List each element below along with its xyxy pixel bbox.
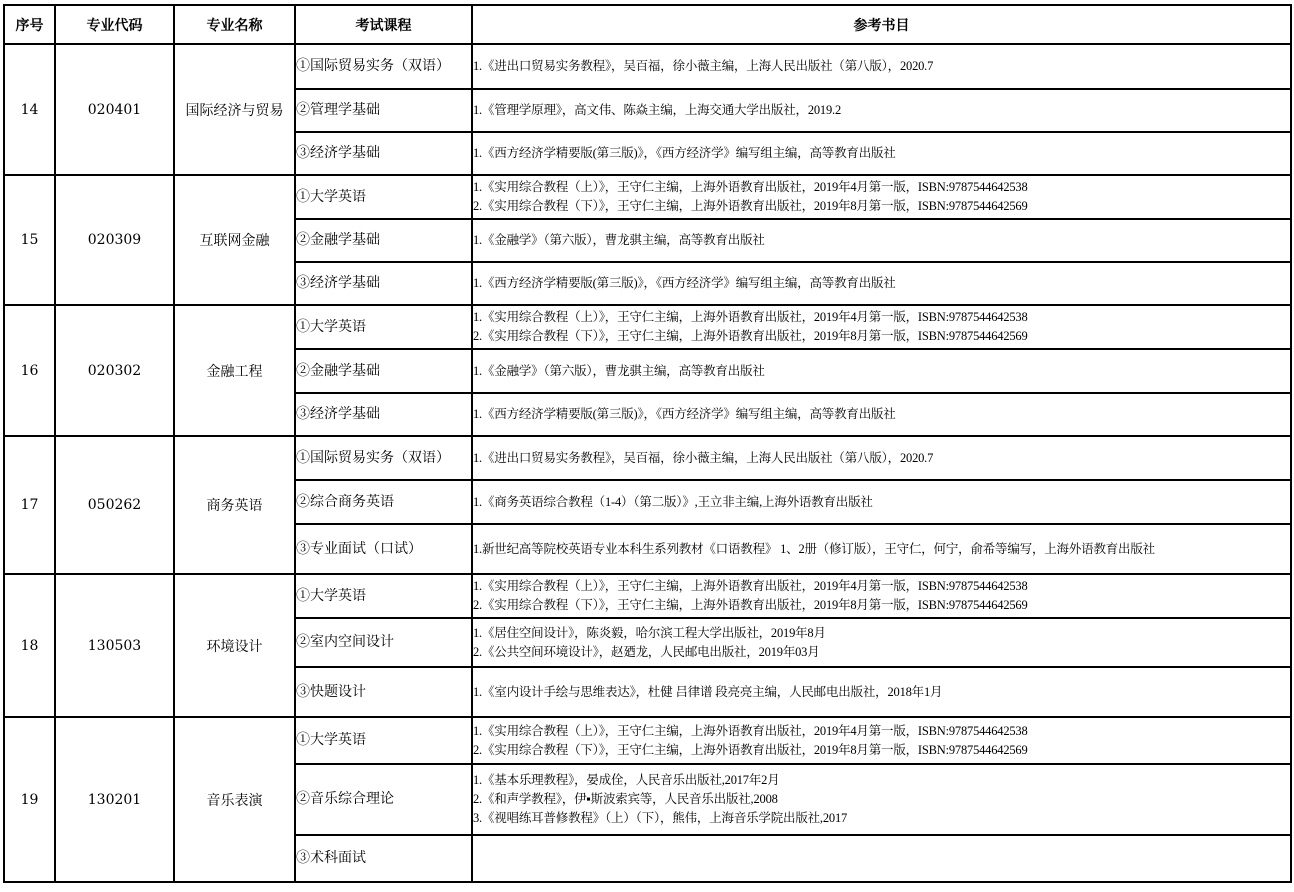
- books-cell: 1.新世纪高等院校英语专业本科生系列教材《口语教程》 1、2册（修订版），王守仁…: [472, 524, 1291, 574]
- books-cell: 1.《商务英语综合教程（1-4）（第二版）》,王立非主编,上海外语教育出版社: [472, 480, 1291, 524]
- course-cell: ①大学英语: [295, 717, 472, 764]
- book-line: 1.《西方经济学精要版(第三版)》，《西方经济学》编写组主编，高等教育出版社: [473, 405, 1290, 424]
- course-cell: ①国际贸易实务（双语）: [295, 44, 472, 89]
- seq-cell: 16: [4, 305, 55, 436]
- books-cell: 1.《金融学》（第六版），曹龙骐主编，高等教育出版社: [472, 219, 1291, 262]
- header-row: 序号 专业代码 专业名称 考试课程 参考书目: [4, 5, 1291, 44]
- book-line: 1.《进出口贸易实务教程》，吴百福，徐小薇主编，上海人民出版社（第八版），202…: [473, 57, 1290, 76]
- course-cell: ③经济学基础: [295, 262, 472, 305]
- major-code-cell: 020401: [55, 44, 174, 175]
- course-cell: ③术科面试: [295, 835, 472, 882]
- book-line: 1.《金融学》（第六版），曹龙骐主编，高等教育出版社: [473, 362, 1290, 381]
- major-name-cell: 金融工程: [174, 305, 295, 436]
- major-name-cell: 商务英语: [174, 436, 295, 574]
- seq-cell: 15: [4, 175, 55, 305]
- books-cell: 1.《西方经济学精要版(第三版)》，《西方经济学》编写组主编，高等教育出版社: [472, 262, 1291, 305]
- course-cell: ①大学英语: [295, 175, 472, 219]
- book-line: 2.《实用综合教程（下）》，王守仁主编，上海外语教育出版社，2019年8月第一版…: [473, 741, 1290, 760]
- reference-books-table: 序号 专业代码 专业名称 考试课程 参考书目 14 020401 国际经济与贸易…: [3, 4, 1292, 883]
- book-line: 1.《进出口贸易实务教程》，吴百福，徐小薇主编，上海人民出版社（第八版），202…: [473, 449, 1290, 468]
- major-name-cell: 音乐表演: [174, 717, 295, 882]
- table-row: 14 020401 国际经济与贸易 ①国际贸易实务（双语） 1.《进出口贸易实务…: [4, 44, 1291, 89]
- seq-cell: 17: [4, 436, 55, 574]
- book-line: 1.《金融学》（第六版），曹龙骐主编，高等教育出版社: [473, 231, 1290, 250]
- book-line: 1.《室内设计手绘与思维表达》，杜健 吕律谱 段亮亮主编，人民邮电出版社，201…: [473, 683, 1290, 702]
- books-cell: 1.《基本乐理教程》，晏成佺，人民音乐出版社,2017年2月 2.《和声学教程》…: [472, 764, 1291, 835]
- book-line: 2.《实用综合教程（下）》，王守仁主编，上海外语教育出版社，2019年8月第一版…: [473, 197, 1290, 216]
- course-cell: ③专业面试（口试）: [295, 524, 472, 574]
- seq-cell: 18: [4, 574, 55, 717]
- books-cell: [472, 835, 1291, 882]
- major-name-cell: 互联网金融: [174, 175, 295, 305]
- header-reference-books: 参考书目: [472, 5, 1291, 44]
- table-row: 17 050262 商务英语 ①国际贸易实务（双语） 1.《进出口贸易实务教程》…: [4, 436, 1291, 480]
- header-exam-course: 考试课程: [295, 5, 472, 44]
- major-code-cell: 020309: [55, 175, 174, 305]
- books-cell: 1.《实用综合教程（上）》，王守仁主编，上海外语教育出版社，2019年4月第一版…: [472, 175, 1291, 219]
- course-cell: ②综合商务英语: [295, 480, 472, 524]
- book-line: 1.《管理学原理》，高文伟、陈焱主编，上海交通大学出版社，2019.2: [473, 101, 1290, 120]
- major-code-cell: 130503: [55, 574, 174, 717]
- course-cell: ②金融学基础: [295, 349, 472, 393]
- seq-cell: 14: [4, 44, 55, 175]
- course-cell: ②金融学基础: [295, 219, 472, 262]
- book-line: 1.《居住空间设计》，陈炎毅，哈尔滨工程大学出版社，2019年8月: [473, 624, 1290, 643]
- books-cell: 1.《管理学原理》，高文伟、陈焱主编，上海交通大学出版社，2019.2: [472, 89, 1291, 132]
- course-cell: ②室内空间设计: [295, 618, 472, 667]
- book-line: 1.《实用综合教程（上）》，王守仁主编，上海外语教育出版社，2019年4月第一版…: [473, 308, 1290, 327]
- course-cell: ③快题设计: [295, 667, 472, 717]
- book-line: 1.《基本乐理教程》，晏成佺，人民音乐出版社,2017年2月: [473, 771, 1290, 790]
- books-cell: 1.《实用综合教程（上）》，王守仁主编，上海外语教育出版社，2019年4月第一版…: [472, 574, 1291, 618]
- book-line: 1.《实用综合教程（上）》，王守仁主编，上海外语教育出版社，2019年4月第一版…: [473, 722, 1290, 741]
- books-cell: 1.《室内设计手绘与思维表达》，杜健 吕律谱 段亮亮主编，人民邮电出版社，201…: [472, 667, 1291, 717]
- book-line: 2.《实用综合教程（下）》，王守仁主编，上海外语教育出版社，2019年8月第一版…: [473, 596, 1290, 615]
- books-cell: 1.《进出口贸易实务教程》，吴百福，徐小薇主编，上海人民出版社（第八版），202…: [472, 44, 1291, 89]
- book-line: 1.《商务英语综合教程（1-4）（第二版）》,王立非主编,上海外语教育出版社: [473, 493, 1290, 512]
- course-cell: ②管理学基础: [295, 89, 472, 132]
- header-seq: 序号: [4, 5, 55, 44]
- header-major-code: 专业代码: [55, 5, 174, 44]
- book-line: 1.《实用综合教程（上）》，王守仁主编，上海外语教育出版社，2019年4月第一版…: [473, 178, 1290, 197]
- major-code-cell: 020302: [55, 305, 174, 436]
- book-line: 3.《视唱练耳普修教程》（上）（下），熊伟，上海音乐学院出版社,2017: [473, 809, 1290, 828]
- major-code-cell: 050262: [55, 436, 174, 574]
- table-row: 19 130201 音乐表演 ①大学英语 1.《实用综合教程（上）》，王守仁主编…: [4, 717, 1291, 764]
- book-line: 1.《西方经济学精要版(第三版)》，《西方经济学》编写组主编，高等教育出版社: [473, 144, 1290, 163]
- book-line: 1.《实用综合教程（上）》，王守仁主编，上海外语教育出版社，2019年4月第一版…: [473, 577, 1290, 596]
- book-line: 2.《公共空间环境设计》，赵廼龙，人民邮电出版社，2019年03月: [473, 643, 1290, 662]
- major-name-cell: 环境设计: [174, 574, 295, 717]
- book-line: 1.新世纪高等院校英语专业本科生系列教材《口语教程》 1、2册（修订版），王守仁…: [473, 540, 1290, 558]
- seq-cell: 19: [4, 717, 55, 882]
- books-cell: 1.《居住空间设计》，陈炎毅，哈尔滨工程大学出版社，2019年8月 2.《公共空…: [472, 618, 1291, 667]
- major-name-cell: 国际经济与贸易: [174, 44, 295, 175]
- header-major-name: 专业名称: [174, 5, 295, 44]
- books-cell: 1.《西方经济学精要版(第三版)》，《西方经济学》编写组主编，高等教育出版社: [472, 393, 1291, 436]
- books-cell: 1.《实用综合教程（上）》，王守仁主编，上海外语教育出版社，2019年4月第一版…: [472, 305, 1291, 349]
- book-line: 2.《实用综合教程（下）》，王守仁主编，上海外语教育出版社，2019年8月第一版…: [473, 327, 1290, 346]
- table-row: 15 020309 互联网金融 ①大学英语 1.《实用综合教程（上）》，王守仁主…: [4, 175, 1291, 219]
- course-cell: ③经济学基础: [295, 132, 472, 175]
- course-cell: ③经济学基础: [295, 393, 472, 436]
- book-line: 1.《西方经济学精要版(第三版)》，《西方经济学》编写组主编，高等教育出版社: [473, 274, 1290, 293]
- course-cell: ①大学英语: [295, 574, 472, 618]
- table-row: 16 020302 金融工程 ①大学英语 1.《实用综合教程（上）》，王守仁主编…: [4, 305, 1291, 349]
- course-cell: ①大学英语: [295, 305, 472, 349]
- books-cell: 1.《西方经济学精要版(第三版)》，《西方经济学》编写组主编，高等教育出版社: [472, 132, 1291, 175]
- books-cell: 1.《实用综合教程（上）》，王守仁主编，上海外语教育出版社，2019年4月第一版…: [472, 717, 1291, 764]
- table-row: 18 130503 环境设计 ①大学英语 1.《实用综合教程（上）》，王守仁主编…: [4, 574, 1291, 618]
- course-cell: ②音乐综合理论: [295, 764, 472, 835]
- books-cell: 1.《进出口贸易实务教程》，吴百福，徐小薇主编，上海人民出版社（第八版），202…: [472, 436, 1291, 480]
- books-cell: 1.《金融学》（第六版），曹龙骐主编，高等教育出版社: [472, 349, 1291, 393]
- major-code-cell: 130201: [55, 717, 174, 882]
- book-line: 2.《和声学教程》，伊▪斯波索宾等，人民音乐出版社,2008: [473, 790, 1290, 809]
- course-cell: ①国际贸易实务（双语）: [295, 436, 472, 480]
